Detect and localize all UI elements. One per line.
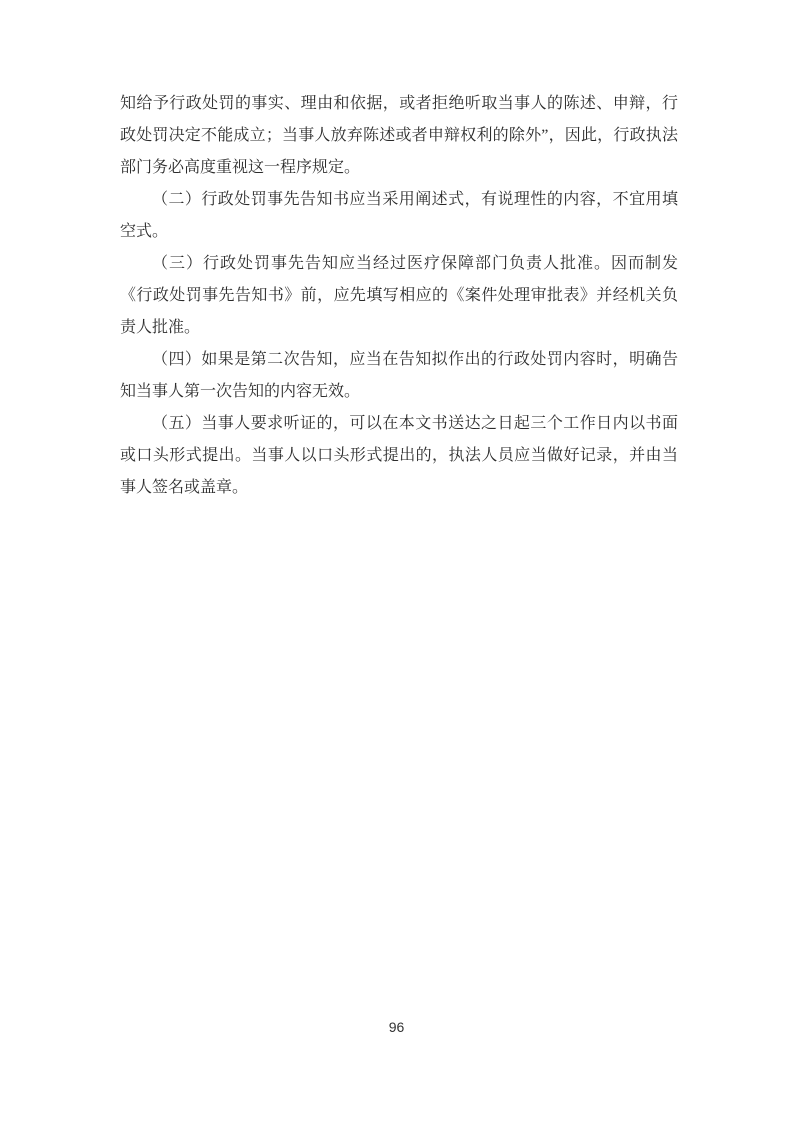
paragraph-item-3: （三）行政处罚事先告知应当经过医疗保障部门负责人批准。因而制发《行政处罚事先告知… (120, 248, 678, 344)
paragraph-continuation: 知给予行政处罚的事实、理由和依据，或者拒绝听取当事人的陈述、申辩，行政处罚决定不… (120, 88, 678, 184)
page-number: 96 (0, 1017, 793, 1037)
paragraph-item-5: （五）当事人要求听证的，可以在本文书送达之日起三个工作日内以书面或口头形式提出。… (120, 408, 678, 504)
document-page: 知给予行政处罚的事实、理由和依据，或者拒绝听取当事人的陈述、申辩，行政处罚决定不… (0, 0, 793, 1122)
body-text: 知给予行政处罚的事实、理由和依据，或者拒绝听取当事人的陈述、申辩，行政处罚决定不… (120, 88, 678, 504)
paragraph-item-2: （二）行政处罚事先告知书应当采用阐述式，有说理性的内容，不宜用填空式。 (120, 184, 678, 248)
paragraph-item-4: （四）如果是第二次告知，应当在告知拟作出的行政处罚内容时，明确告知当事人第一次告… (120, 344, 678, 408)
